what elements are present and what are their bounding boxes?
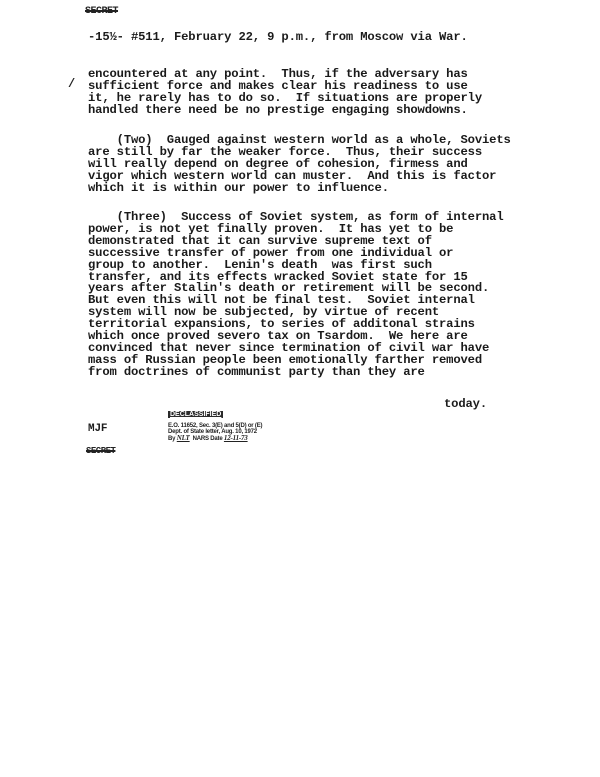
stamp-title: DECLASSIFIED <box>168 411 223 418</box>
declassification-stamp: DECLASSIFIED E.O. 11652, Sec. 3(E) and 5… <box>168 403 262 442</box>
paragraph-2: (Two) Gauged against western world as a … <box>88 135 511 195</box>
classification-marking-top: SECRET <box>85 6 118 17</box>
stamp-by-label: By <box>168 436 175 442</box>
stamp-by-line: By NLT NARS Date 12-11-73 <box>168 435 262 442</box>
text-line: handled there need be no prestige engagi… <box>88 105 482 117</box>
paragraph-3: (Three) Success of Soviet system, as for… <box>88 212 504 379</box>
text-line: from doctrines of communist party than t… <box>88 367 504 379</box>
continuation-text: today. <box>444 398 487 410</box>
stamp-date: 12-11-73 <box>224 434 248 442</box>
document-page: SECRET -15½- #511, February 22, 9 p.m., … <box>0 0 600 777</box>
stamp-nars-label: NARS Date <box>193 436 223 442</box>
paragraph-1: encountered at any point. Thus, if the a… <box>88 69 482 117</box>
stamp-by-signature: NLT <box>177 434 190 442</box>
margin-check-mark: / <box>68 77 75 91</box>
classification-marking-bottom: SECRET <box>86 446 115 456</box>
message-header: -15½- #511, February 22, 9 p.m., from Mo… <box>88 31 468 43</box>
text-line: which it is within our power to influenc… <box>88 183 511 195</box>
drafter-initials: MJF <box>88 423 107 435</box>
